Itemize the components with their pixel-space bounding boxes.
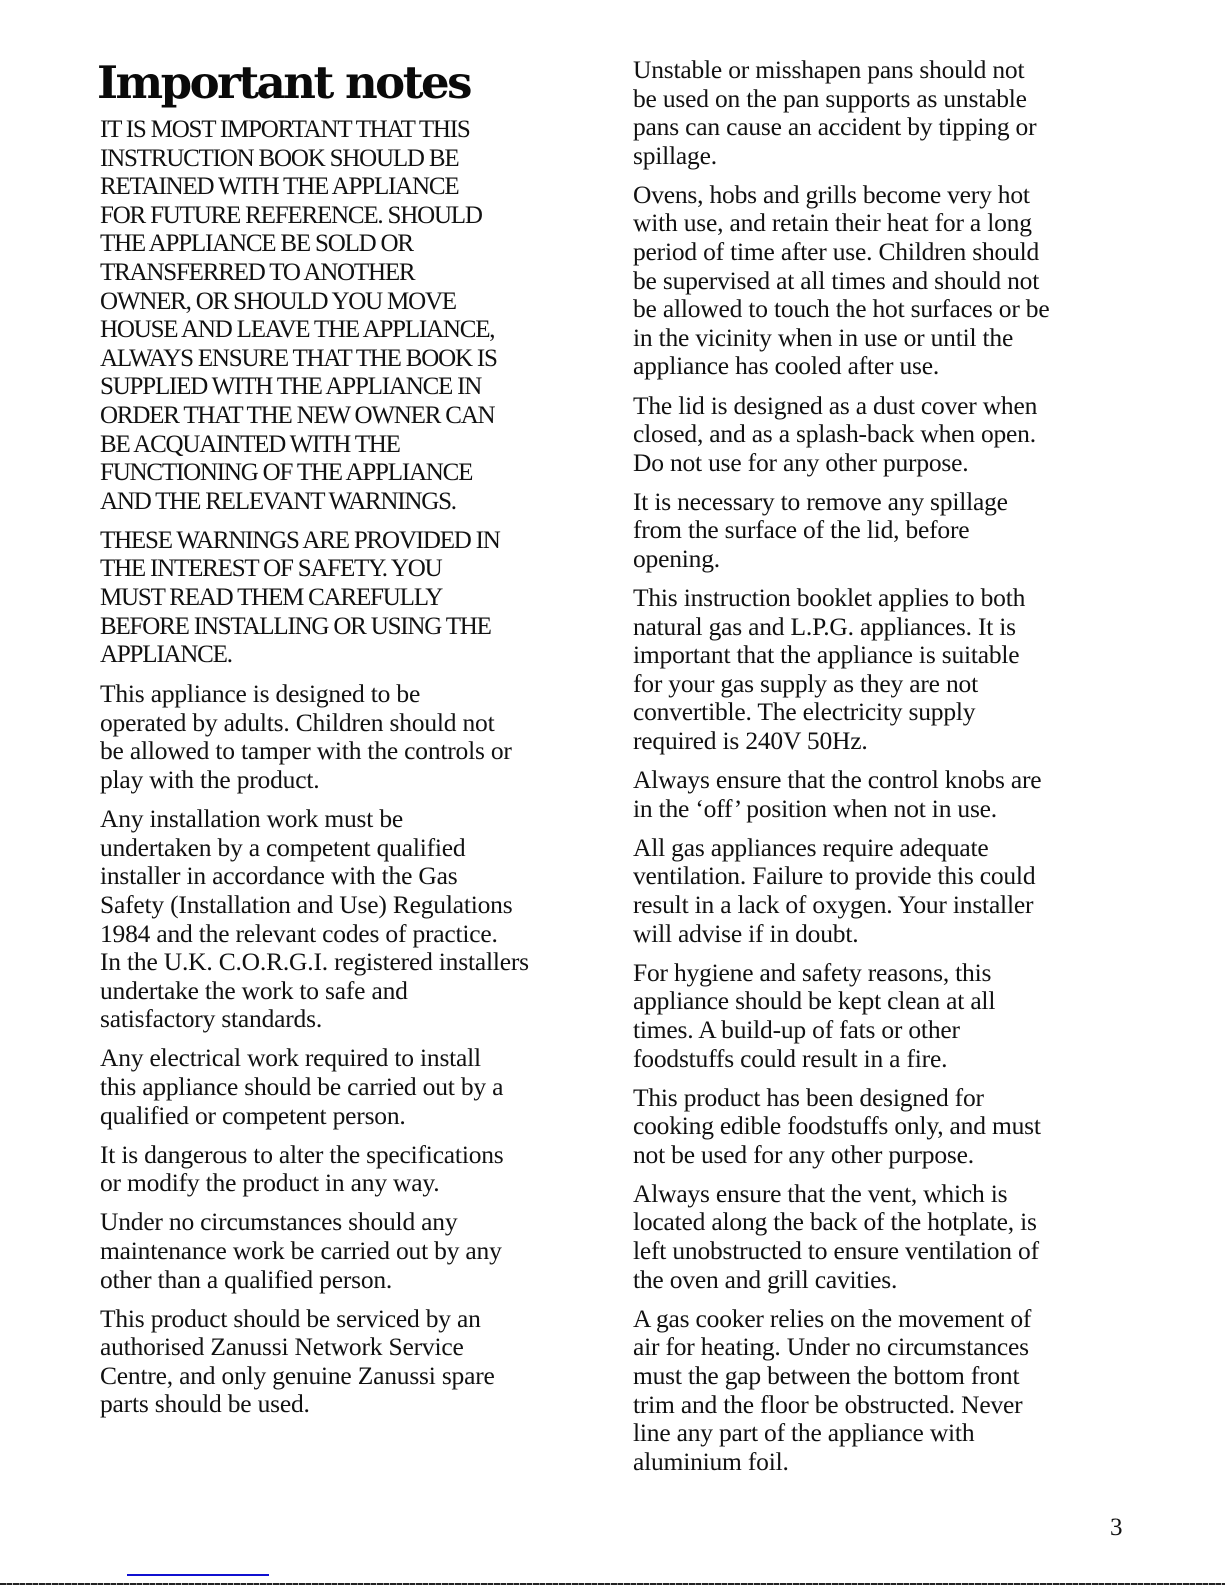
text-line: In the U.K. C.O.R.G.I. registered instal…: [100, 948, 600, 977]
text-line: ALWAYS ENSURE THAT THE BOOK IS: [100, 345, 600, 374]
text-line: natural gas and L.P.G. appliances. It is: [633, 613, 1133, 642]
paragraph: IT IS MOST IMPORTANT THAT THISINSTRUCTIO…: [100, 116, 600, 516]
text-line: FOR FUTURE REFERENCE. SHOULD: [100, 202, 600, 231]
text-line: TRANSFERRED TO ANOTHER: [100, 259, 600, 288]
text-line: qualified or competent person.: [100, 1102, 600, 1131]
right-column: Unstable or misshapen pans should notbe …: [633, 56, 1133, 1487]
text-line: left unobstructed to ensure ventilation …: [633, 1237, 1133, 1266]
text-line: MUST READ THEM CAREFULLY: [100, 584, 600, 613]
text-line: For hygiene and safety reasons, this: [633, 959, 1133, 988]
paragraph: Ovens, hobs and grills become very hotwi…: [633, 181, 1133, 381]
text-line: Ovens, hobs and grills become very hot: [633, 181, 1133, 210]
text-line: Any electrical work required to install: [100, 1044, 600, 1073]
paragraph: Any electrical work required to installt…: [100, 1044, 600, 1130]
text-line: closed, and as a splash-back when open.: [633, 420, 1133, 449]
text-line: operated by adults. Children should not: [100, 709, 600, 738]
text-line: Do not use for any other purpose.: [633, 449, 1133, 478]
paragraph: This instruction booklet applies to both…: [633, 584, 1133, 756]
paragraph: The lid is designed as a dust cover when…: [633, 392, 1133, 478]
text-line: must the gap between the bottom front: [633, 1362, 1133, 1391]
text-line: RETAINED WITH THE APPLIANCE: [100, 173, 600, 202]
text-line: It is necessary to remove any spillage: [633, 488, 1133, 517]
text-line: times. A build-up of fats or other: [633, 1016, 1133, 1045]
text-line: or modify the product in any way.: [100, 1169, 600, 1198]
text-line: this appliance should be carried out by …: [100, 1073, 600, 1102]
text-line: result in a lack of oxygen. Your install…: [633, 891, 1133, 920]
left-column: IT IS MOST IMPORTANT THAT THISINSTRUCTIO…: [100, 116, 600, 1430]
text-line: It is dangerous to alter the specificati…: [100, 1141, 600, 1170]
text-line: AND THE RELEVANT WARNINGS.: [100, 488, 600, 517]
text-line: The lid is designed as a dust cover when: [633, 392, 1133, 421]
text-line: satisfactory standards.: [100, 1005, 600, 1034]
text-line: undertake the work to safe and: [100, 977, 600, 1006]
text-line: opening.: [633, 545, 1133, 574]
text-line: ventilation. Failure to provide this cou…: [633, 862, 1133, 891]
text-line: parts should be used.: [100, 1390, 600, 1419]
text-line: period of time after use. Children shoul…: [633, 238, 1133, 267]
text-line: aluminium foil.: [633, 1448, 1133, 1477]
text-line: authorised Zanussi Network Service: [100, 1333, 600, 1362]
text-line: spillage.: [633, 142, 1133, 171]
text-line: FUNCTIONING OF THE APPLIANCE: [100, 459, 600, 488]
text-line: INSTRUCTION BOOK SHOULD BE: [100, 145, 600, 174]
text-line: be allowed to tamper with the controls o…: [100, 737, 600, 766]
text-line: be used on the pan supports as unstable: [633, 85, 1133, 114]
text-line: All gas appliances require adequate: [633, 834, 1133, 863]
text-line: SUPPLIED WITH THE APPLIANCE IN: [100, 373, 600, 402]
text-line: IT IS MOST IMPORTANT THAT THIS: [100, 116, 600, 145]
text-line: pans can cause an accident by tipping or: [633, 113, 1133, 142]
text-line: THE APPLIANCE BE SOLD OR: [100, 230, 600, 259]
paragraph: It is necessary to remove any spillagefr…: [633, 488, 1133, 574]
text-line: This appliance is designed to be: [100, 680, 600, 709]
text-line: installer in accordance with the Gas: [100, 862, 600, 891]
text-line: will advise if in doubt.: [633, 920, 1133, 949]
text-line: the oven and grill cavities.: [633, 1266, 1133, 1295]
text-line: be supervised at all times and should no…: [633, 267, 1133, 296]
text-line: A gas cooker relies on the movement of: [633, 1305, 1133, 1334]
text-line: THE INTEREST OF SAFETY. YOU: [100, 555, 600, 584]
text-line: Always ensure that the control knobs are: [633, 766, 1133, 795]
text-line: BEFORE INSTALLING OR USING THE: [100, 613, 600, 642]
text-line: This product should be serviced by an: [100, 1305, 600, 1334]
paragraph: THESE WARNINGS ARE PROVIDED INTHE INTERE…: [100, 527, 600, 670]
text-line: Any installation work must be: [100, 805, 600, 834]
paragraph: Always ensure that the control knobs are…: [633, 766, 1133, 823]
page-number: 3: [1110, 1513, 1123, 1543]
text-line: Centre, and only genuine Zanussi spare: [100, 1362, 600, 1391]
text-line: not be used for any other purpose.: [633, 1141, 1133, 1170]
text-line: appliance has cooled after use.: [633, 352, 1133, 381]
text-line: air for heating. Under no circumstances: [633, 1333, 1133, 1362]
text-line: appliance should be kept clean at all: [633, 987, 1133, 1016]
text-line: with use, and retain their heat for a lo…: [633, 209, 1133, 238]
text-line: convertible. The electricity supply: [633, 698, 1133, 727]
text-line: trim and the floor be obstructed. Never: [633, 1391, 1133, 1420]
paragraph: Any installation work must beundertaken …: [100, 805, 600, 1034]
text-line: OWNER, OR SHOULD YOU MOVE: [100, 288, 600, 317]
text-line: be allowed to touch the hot surfaces or …: [633, 295, 1133, 324]
text-line: line any part of the appliance with: [633, 1419, 1133, 1448]
text-line: APPLIANCE.: [100, 641, 600, 670]
text-line: from the surface of the lid, before: [633, 516, 1133, 545]
text-line: 1984 and the relevant codes of practice.: [100, 920, 600, 949]
paragraph: Always ensure that the vent, which isloc…: [633, 1180, 1133, 1294]
paragraph: Under no circumstances should anymainten…: [100, 1208, 600, 1294]
paragraph: For hygiene and safety reasons, thisappl…: [633, 959, 1133, 1073]
text-line: Unstable or misshapen pans should not: [633, 56, 1133, 85]
text-line: undertaken by a competent qualified: [100, 834, 600, 863]
text-line: maintenance work be carried out by any: [100, 1237, 600, 1266]
text-line: THESE WARNINGS ARE PROVIDED IN: [100, 527, 600, 556]
text-line: Always ensure that the vent, which is: [633, 1180, 1133, 1209]
text-line: in the vicinity when in use or until the: [633, 324, 1133, 353]
text-line: ORDER THAT THE NEW OWNER CAN: [100, 402, 600, 431]
text-line: This product has been designed for: [633, 1084, 1133, 1113]
text-line: Safety (Installation and Use) Regulation…: [100, 891, 600, 920]
text-line: in the ‘off’ position when not in use.: [633, 795, 1133, 824]
text-line: BE ACQUAINTED WITH THE: [100, 431, 600, 460]
paragraph: A gas cooker relies on the movement ofai…: [633, 1305, 1133, 1477]
text-line: for your gas supply as they are not: [633, 670, 1133, 699]
paragraph: This product should be serviced by anaut…: [100, 1305, 600, 1419]
blue-underline-rule: [127, 1574, 269, 1576]
text-line: cooking edible foodstuffs only, and must: [633, 1112, 1133, 1141]
text-line: important that the appliance is suitable: [633, 641, 1133, 670]
text-line: required is 240V 50Hz.: [633, 727, 1133, 756]
text-line: play with the product.: [100, 766, 600, 795]
paragraph: This appliance is designed to beoperated…: [100, 680, 600, 794]
text-line: HOUSE AND LEAVE THE APPLIANCE,: [100, 316, 600, 345]
paragraph: All gas appliances require adequateventi…: [633, 834, 1133, 948]
paragraph: It is dangerous to alter the specificati…: [100, 1141, 600, 1198]
paragraph: Unstable or misshapen pans should notbe …: [633, 56, 1133, 170]
paragraph: This product has been designed forcookin…: [633, 1084, 1133, 1170]
text-line: foodstuffs could result in a fire.: [633, 1045, 1133, 1074]
text-line: Under no circumstances should any: [100, 1208, 600, 1237]
text-line: other than a qualified person.: [100, 1266, 600, 1295]
page-title: Important notes: [97, 55, 470, 111]
text-line: located along the back of the hotplate, …: [633, 1208, 1133, 1237]
text-line: This instruction booklet applies to both: [633, 584, 1133, 613]
document-page: Important notes IT IS MOST IMPORTANT THA…: [0, 0, 1225, 1585]
